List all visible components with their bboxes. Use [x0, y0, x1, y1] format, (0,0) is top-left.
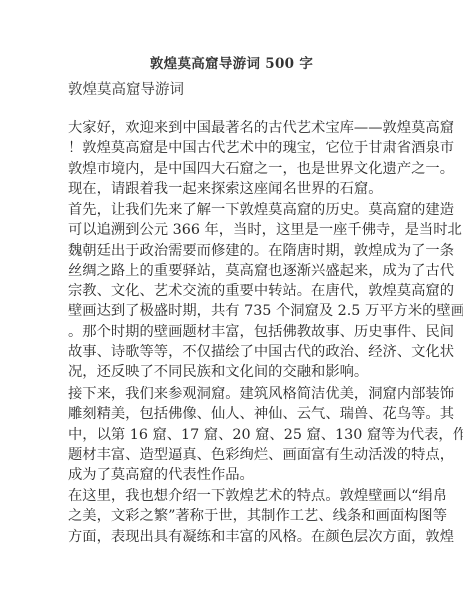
paragraph-caves: 接下来，我们来参观洞窟。建筑风格简洁优美，洞窟内部装饰 雕刻精美，包括佛像、仙人…: [68, 384, 398, 485]
text-line: 题材丰富、造型逼真、色彩绚烂、画面富有生动活泼的特点，: [68, 445, 398, 465]
text-line: 之美，文彩之繁”著称于世，其制作工艺、线条和画面构图等: [68, 506, 398, 526]
text-line: 中，以第 16 窟、17 窟、20 窟、25 窟、130 窟等为代表，作品: [68, 425, 398, 445]
text-line: 在这里，我也想介绍一下敦煌艺术的特点。敦煌壁画以“绢帛: [68, 486, 398, 506]
text-line: 成为了莫高窟的代表性作品。: [68, 465, 398, 485]
document-subtitle: 敦煌莫高窟导游词: [68, 78, 184, 99]
text-line: 况，还反映了不同民族和文化间的交融和影响。: [68, 362, 398, 382]
text-line: 宗教、文化、艺术交流的重要中转站。在唐代，敦煌莫高窟的: [68, 281, 398, 301]
text-line: 大家好，欢迎来到中国最著名的古代艺术宝库——敦煌莫高窟: [68, 118, 398, 138]
text-line: 现在，请跟着我一起来探索这座闻名世界的石窟。: [68, 179, 398, 199]
text-line: 魏朝廷出于政治需要而修建的。在隋唐时期，敦煌成为了一条: [68, 241, 398, 261]
text-line: ！敦煌莫高窟是中国古代艺术中的瑰宝，它位于甘肃省酒泉市: [68, 138, 398, 158]
text-line: 壁画达到了极盛时期，共有 735 个洞窟及 2.5 万平方米的壁画: [68, 301, 398, 321]
text-line: 敦煌市境内，是中国四大石窟之一，也是世界文化遗产之一。: [68, 159, 398, 179]
text-line: 接下来，我们来参观洞窟。建筑风格简洁优美，洞窟内部装饰: [68, 384, 398, 404]
text-line: 丝绸之路上的重要驿站，莫高窟也逐渐兴盛起来，成为了古代: [68, 261, 398, 281]
text-line: 雕刻精美，包括佛像、仙人、神仙、云气、瑞兽、花鸟等。其: [68, 404, 398, 424]
paragraph-art-features: 在这里，我也想介绍一下敦煌艺术的特点。敦煌壁画以“绢帛 之美，文彩之繁”著称于世…: [68, 486, 398, 547]
text-line: 首先，让我们先来了解一下敦煌莫高窟的历史。莫高窟的建造: [68, 200, 398, 220]
text-line: 方面，表现出具有凝练和丰富的风格。在颜色层次方面，敦煌: [68, 527, 398, 547]
document-title: 敦煌莫高窟导游词 500 字: [0, 52, 463, 72]
paragraph-intro: 大家好，欢迎来到中国最著名的古代艺术宝库——敦煌莫高窟 ！敦煌莫高窟是中国古代艺…: [68, 118, 398, 199]
text-line: 可以追溯到公元 366 年，当时，这里是一座千佛寺，是当时北: [68, 220, 398, 240]
text-line: 故事、诗歌等等，不仅描绘了中国古代的政治、经济、文化状: [68, 342, 398, 362]
document-page: 敦煌莫高窟导游词 500 字 敦煌莫高窟导游词 大家好，欢迎来到中国最著名的古代…: [0, 0, 463, 600]
paragraph-history: 首先，让我们先来了解一下敦煌莫高窟的历史。莫高窟的建造 可以追溯到公元 366 …: [68, 200, 398, 383]
text-line: 。那个时期的壁画题材丰富，包括佛教故事、历史事件、民间: [68, 322, 398, 342]
